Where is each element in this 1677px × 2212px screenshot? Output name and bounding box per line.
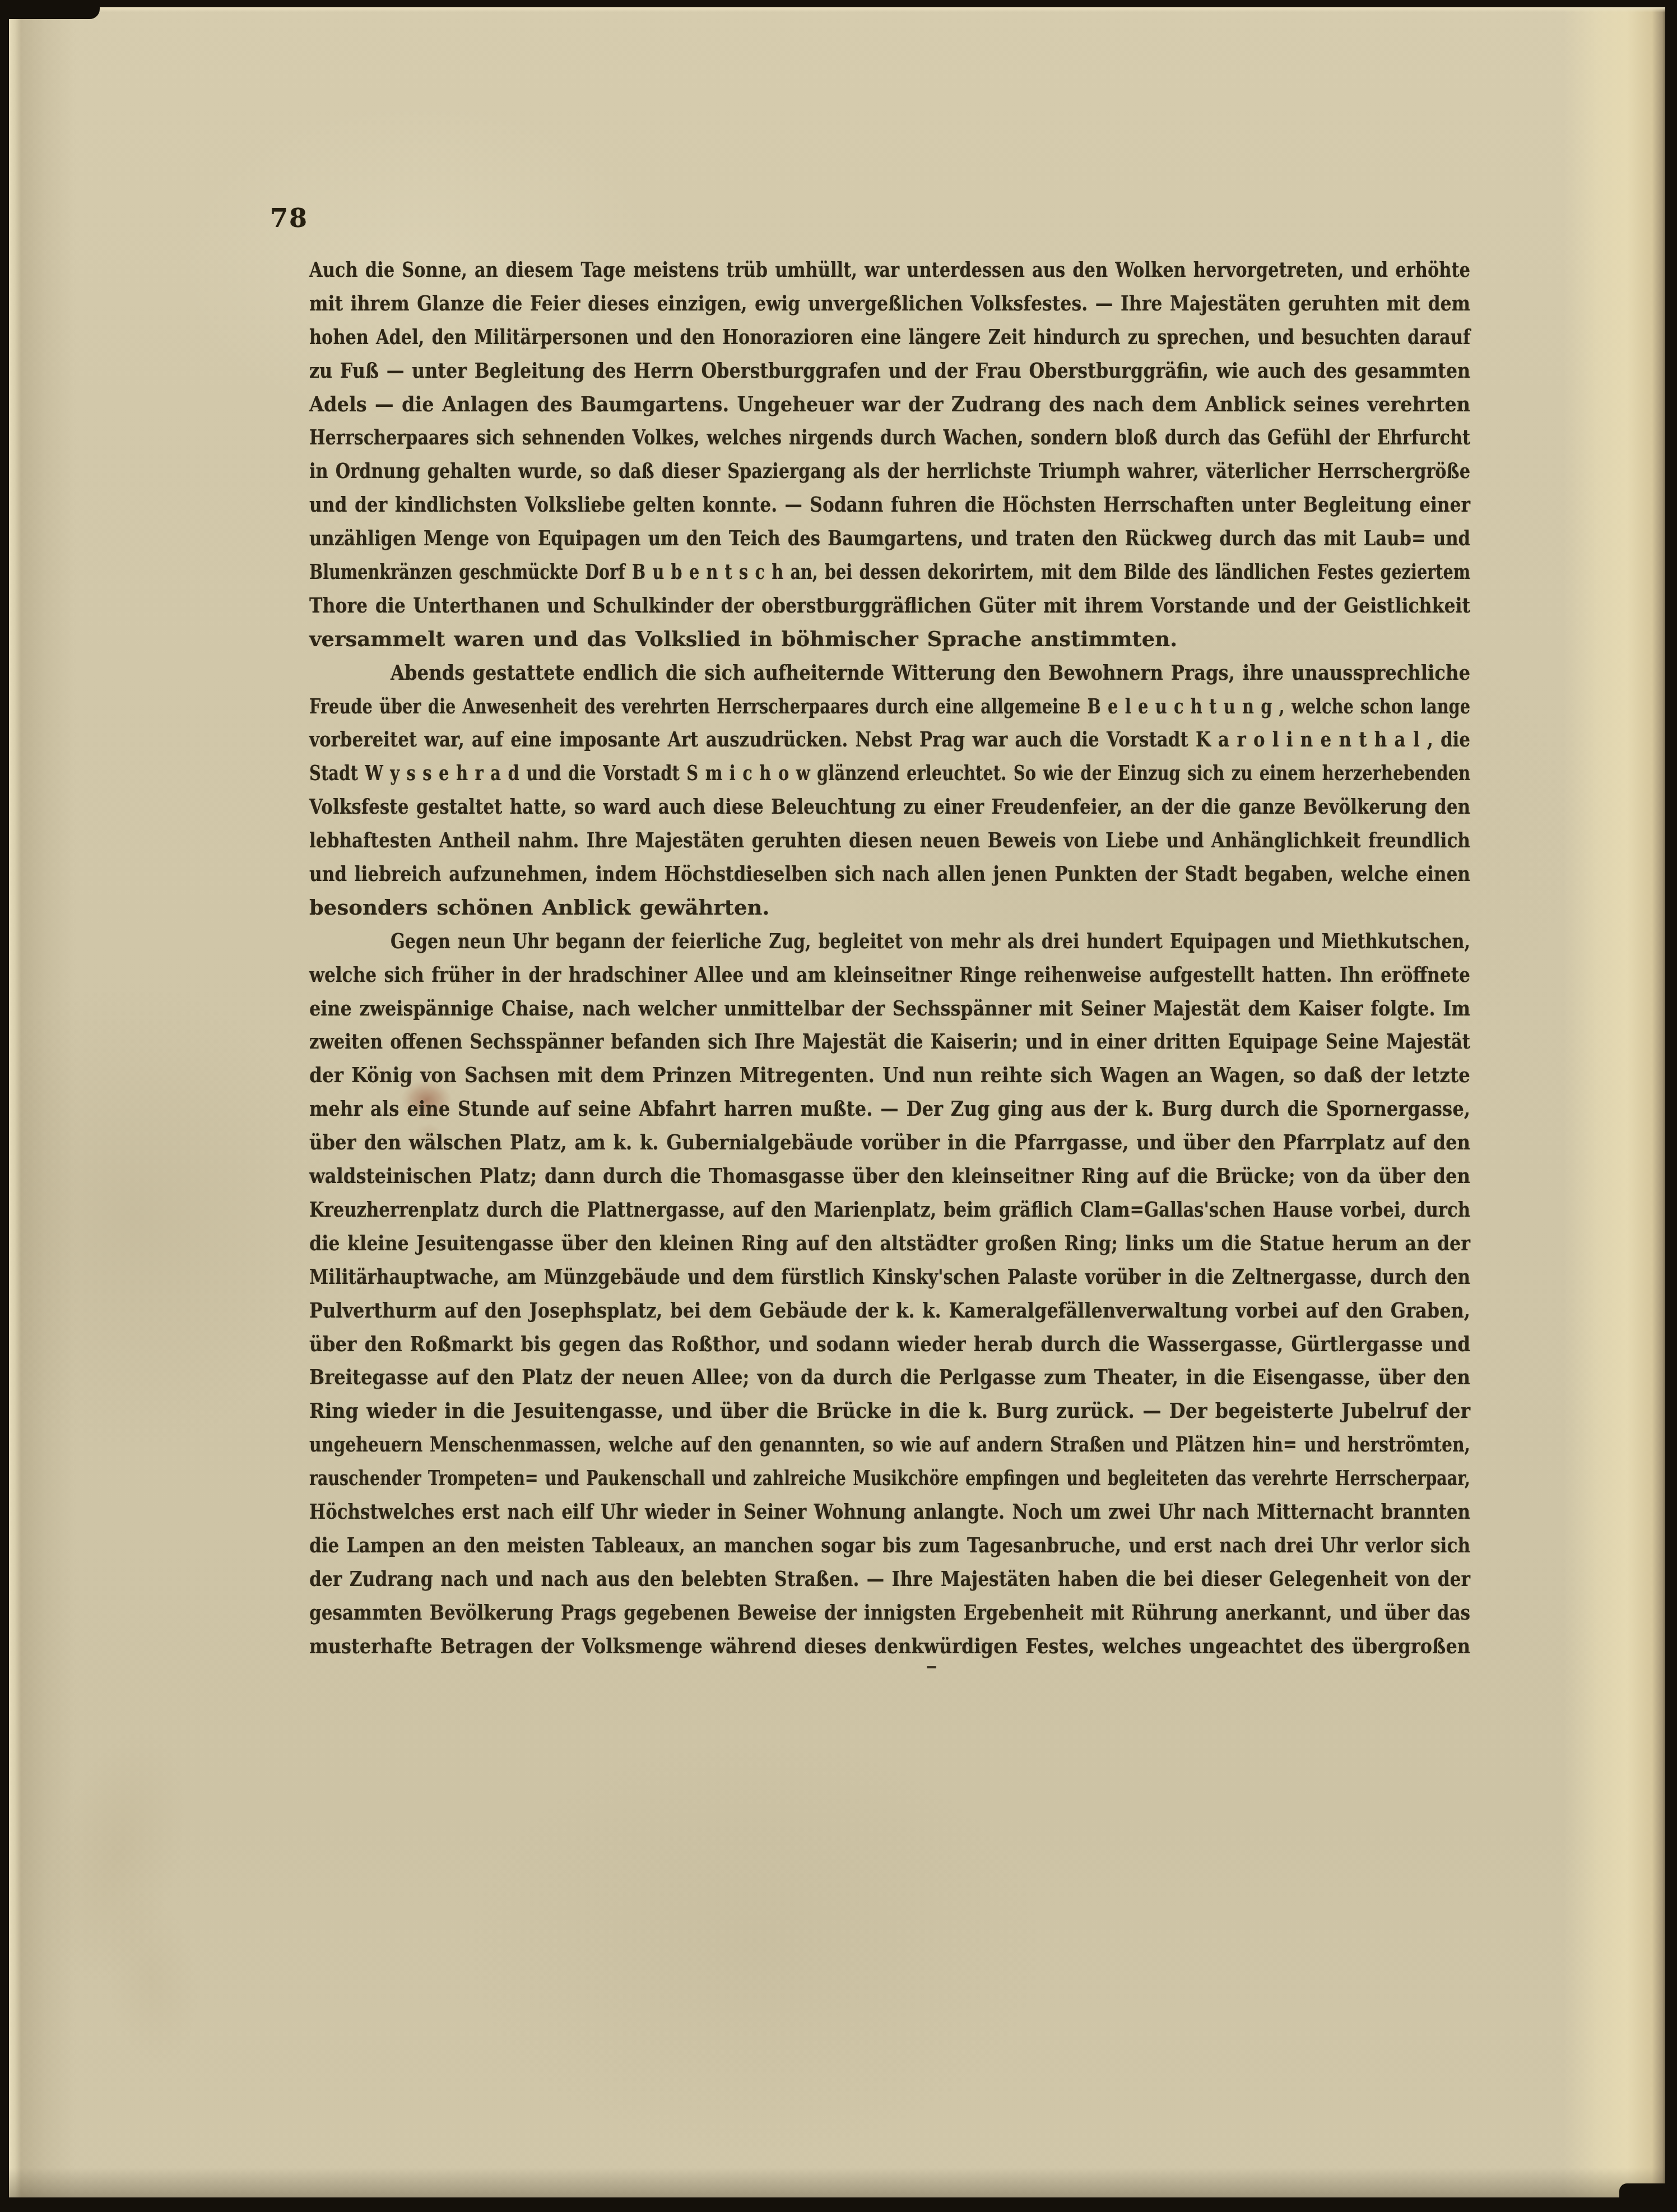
text-line: Adels — die Anlagen des Baumgartens. Ung…: [309, 388, 1470, 421]
text-line: gesammten Bevölkerung Prags gegebenen Be…: [309, 1596, 1470, 1630]
text-line: Kreuzherrenplatz durch die Plattnergasse…: [309, 1193, 1470, 1227]
scan-edge-left: [0, 0, 9, 2212]
text-line: die kleine Jesuitengasse über den kleine…: [309, 1227, 1470, 1260]
scanned-book-page: 78 Auch die Sonne, an diesem Tage meiste…: [0, 0, 1677, 2212]
text-line-paragraph-start: Abends gestattete endlich die sich aufhe…: [309, 656, 1470, 690]
text-line: welche sich früher in der hradschiner Al…: [309, 958, 1470, 992]
text-line: der König von Sachsen mit dem Prinzen Mi…: [309, 1059, 1470, 1092]
page-number: 78: [270, 203, 308, 233]
page-edge-highlight-band: [1563, 0, 1666, 2212]
text-line: Auch die Sonne, an diesem Tage meistens …: [309, 253, 1470, 287]
text-line: Blumenkränzen geschmückte Dorf B u b e n…: [309, 555, 1470, 589]
text-line-paragraph-end: versammelt waren und das Volkslied in bö…: [309, 623, 1470, 656]
text-line: zweiten offenen Sechsspänner befanden si…: [309, 1025, 1470, 1059]
scan-edge-bottom-notch: [1619, 2183, 1666, 2200]
text-line-paragraph-end: besonders schönen Anblick gewährten.: [309, 891, 1470, 925]
text-line: und liebreich aufzunehmen, indem Höchstd…: [309, 857, 1470, 891]
text-line: mehr als eine Stunde auf seine Abfahrt h…: [309, 1092, 1470, 1126]
text-line-paragraph-start: Gegen neun Uhr begann der feierliche Zug…: [309, 925, 1470, 958]
text-line: lebhaftesten Antheil nahm. Ihre Majestät…: [309, 824, 1470, 857]
bottom-edge-shadow: [0, 2168, 1677, 2197]
text-line: über den Roßmarkt bis gegen das Roßthor,…: [309, 1328, 1470, 1361]
text-line: rauschender Trompeten= und Paukenschall …: [309, 1462, 1470, 1495]
text-line: ungeheuern Menschenmassen, welche auf de…: [309, 1428, 1470, 1462]
paper-cut-edge-highlight: [9, 7, 1677, 12]
text-line: Thore die Unterthanen und Schulkinder de…: [309, 589, 1470, 623]
binding-crease-shadow: [9, 0, 76, 2212]
text-line: mit ihrem Glanze die Feier dieses einzig…: [309, 287, 1470, 321]
text-line: zu Fuß — unter Begleitung des Herrn Ober…: [309, 354, 1470, 388]
text-line: Freude über die Anwesenheit des verehrte…: [309, 690, 1470, 724]
text-line: Pulverthurm auf den Josephsplatz, bei de…: [309, 1294, 1470, 1328]
text-line: Stadt W y s s e h r a d und die Vorstadt…: [309, 757, 1470, 790]
text-line: der Zudrang nach und nach aus den belebt…: [309, 1562, 1470, 1596]
text-line: Militärhauptwache, am Münzgebäude und de…: [309, 1260, 1470, 1294]
text-line: Breitegasse auf den Platz der neuen Alle…: [309, 1361, 1470, 1394]
text-line: und der kindlichsten Volksliebe gelten k…: [309, 488, 1470, 522]
text-line: Ring wieder in die Jesuitengasse, und üb…: [309, 1394, 1470, 1428]
text-line: über den wälschen Platz, am k. k. Gubern…: [309, 1126, 1470, 1160]
text-line: eine zweispännige Chaise, nach welcher u…: [309, 992, 1470, 1026]
text-line: Höchstwelches erst nach eilf Uhr wieder …: [309, 1495, 1470, 1529]
text-line: Volksfeste gestaltet hatte, so ward auch…: [309, 790, 1470, 824]
scan-edge-top-left-corner: [0, 0, 100, 19]
text-line: vorbereitet war, auf eine imposante Art …: [309, 723, 1470, 757]
scan-edge-bottom: [0, 2197, 1677, 2212]
end-of-text-dash: –: [926, 1655, 937, 1677]
text-line: unzähligen Menge von Equipagen um den Te…: [309, 522, 1470, 555]
text-line: musterhafte Betragen der Volksmenge währ…: [309, 1630, 1470, 1663]
scan-edge-top: [0, 0, 1677, 7]
scan-edge-right: [1665, 0, 1677, 2212]
text-line: die Lampen an den meisten Tableaux, an m…: [309, 1529, 1470, 1562]
text-line: waldsteinischen Platz; dann durch die Th…: [309, 1160, 1470, 1193]
text-line: hohen Adel, den Militärpersonen und den …: [309, 321, 1470, 354]
body-text: Auch die Sonne, an diesem Tage meistens …: [309, 253, 1470, 1663]
text-line: in Ordnung gehalten wurde, so daß dieser…: [309, 455, 1470, 488]
text-line: Herrscherpaares sich sehnenden Volkes, w…: [309, 421, 1470, 455]
